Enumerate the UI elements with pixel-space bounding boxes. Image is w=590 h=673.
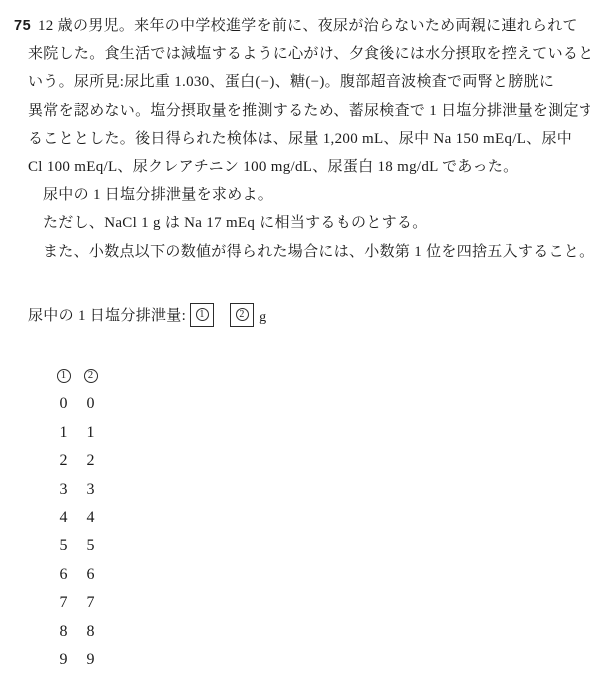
digit-option-row: 4 4 [55, 504, 590, 532]
digit-option-col2-8[interactable]: 8 [82, 623, 99, 641]
digit-option-row: 0 0 [55, 390, 590, 418]
digit-option-col1-4[interactable]: 4 [55, 509, 72, 527]
circled-2-icon: 2 [236, 308, 249, 321]
digit-option-col1-9[interactable]: 9 [55, 651, 72, 669]
digit-option-col2-4[interactable]: 4 [82, 509, 99, 527]
digit-option-col1-1[interactable]: 1 [55, 424, 72, 442]
digit-option-col1-3[interactable]: 3 [55, 481, 72, 499]
digit-option-col2-6[interactable]: 6 [82, 566, 99, 584]
digit-option-col1-2[interactable]: 2 [55, 452, 72, 470]
digit-option-row: 1 1 [55, 419, 590, 447]
question-task-line: ただし、NaCl 1 g は Na 17 mEq に相当するものとする。 [43, 209, 590, 237]
digit-option-col2-5[interactable]: 5 [82, 537, 99, 555]
digit-option-col2-2[interactable]: 2 [82, 452, 99, 470]
answer-blank-1-box: 1 [190, 303, 214, 327]
digit-option-row: 5 5 [55, 532, 590, 560]
question-body-line: 来院した。食生活では減塩するように心がけ、夕食後には水分摂取を控えていると [28, 40, 590, 68]
question-body-line: 異常を認めない。塩分摂取量を推測するため、蓄尿検査で 1 日塩分排泄量を測定す [28, 97, 590, 125]
digit-option-col2-1[interactable]: 1 [82, 424, 99, 442]
digit-option-col2-3[interactable]: 3 [82, 481, 99, 499]
digit-option-col1-8[interactable]: 8 [55, 623, 72, 641]
exam-question-page: 75 12 歳の男児。来年の中学校進学を前に、夜尿が治らないため両親に連れられて… [0, 0, 590, 673]
digit-option-row: 8 8 [55, 617, 590, 645]
digit-option-col1-0[interactable]: 0 [55, 395, 72, 413]
digit-grid-header-cell: 1 [55, 369, 72, 383]
answer-digit-grid: 1 2 0 0 1 1 2 2 3 3 4 4 5 5 [55, 362, 590, 673]
question-task-line: また、小数点以下の数値が得られた場合には、小数第 1 位を四捨五入すること。 [43, 238, 590, 266]
digit-option-col1-7[interactable]: 7 [55, 594, 72, 612]
question-body-line: Cl 100 mEq/L、尿クレアチニン 100 mg/dL、尿蛋白 18 mg… [28, 153, 590, 181]
question-body-text: 12 歳の男児。来年の中学校進学を前に、夜尿が治らないため両親に連れられて [38, 18, 578, 34]
circled-1-icon: 1 [57, 369, 71, 383]
digit-option-row: 3 3 [55, 475, 590, 503]
answer-unit-label: g [259, 310, 266, 327]
digit-option-row: 7 7 [55, 589, 590, 617]
answer-label: 尿中の 1 日塩分排泄量: [28, 304, 186, 325]
digit-option-col2-0[interactable]: 0 [82, 395, 99, 413]
digit-option-col1-5[interactable]: 5 [55, 537, 72, 555]
digit-option-row: 6 6 [55, 561, 590, 589]
digit-option-col1-6[interactable]: 6 [55, 566, 72, 584]
digit-grid-header-cell: 2 [82, 369, 99, 383]
question-body-line: ることとした。後日得られた検体は、尿量 1,200 mL、尿中 Na 150 m… [28, 125, 590, 153]
digit-option-col2-7[interactable]: 7 [82, 594, 99, 612]
question-task-line: 尿中の 1 日塩分排泄量を求めよ。 [43, 181, 590, 209]
answer-blank-2-box: 2 [230, 303, 254, 327]
question-block: 75 12 歳の男児。来年の中学校進学を前に、夜尿が治らないため両親に連れられて… [0, 0, 590, 266]
digit-option-row: 2 2 [55, 447, 590, 475]
digit-grid-header-row: 1 2 [55, 362, 590, 390]
circled-1-icon: 1 [196, 308, 209, 321]
question-number: 75 [14, 12, 31, 40]
question-body-line: 75 12 歳の男児。来年の中学校進学を前に、夜尿が治らないため両親に連れられて [38, 12, 590, 40]
answer-fill-in-line: 尿中の 1 日塩分排泄量: 1 2 g [28, 303, 590, 327]
digit-option-col2-9[interactable]: 9 [82, 651, 99, 669]
circled-2-icon: 2 [84, 369, 98, 383]
question-body-line: いう。尿所見:尿比重 1.030、蛋白(−)、糖(−)。腹部超音波検査で両腎と膀… [28, 68, 590, 96]
digit-option-row: 9 9 [55, 646, 590, 673]
